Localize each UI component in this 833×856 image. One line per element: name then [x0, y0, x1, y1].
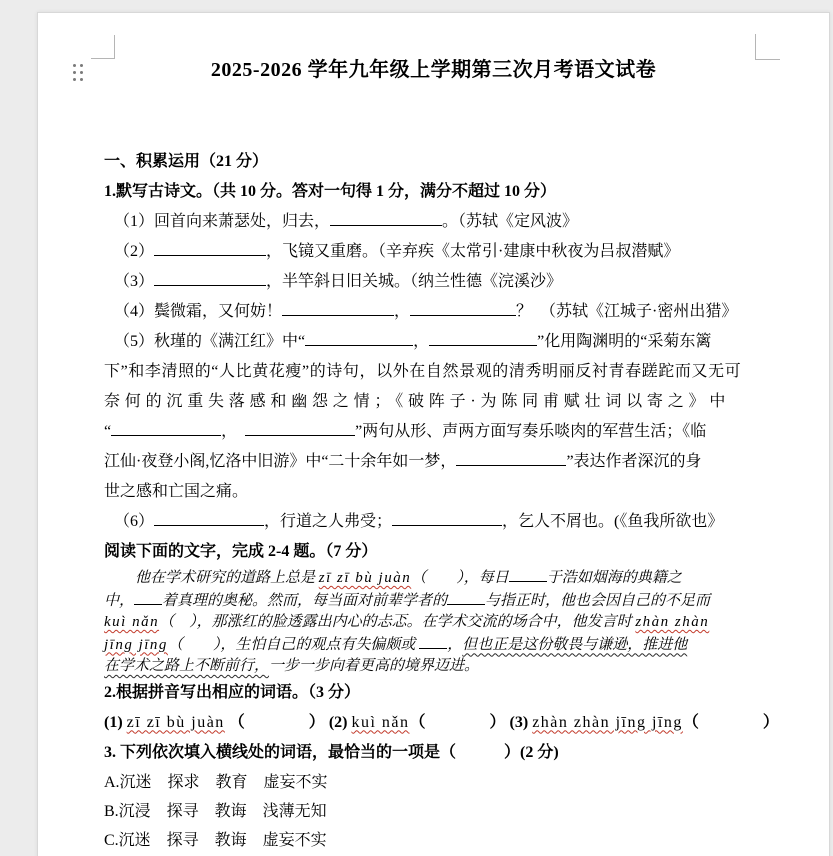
text-run: ，半竿斜日旧关城。（纳兰性德《浣溪沙》 [266, 273, 562, 290]
item-3: （3），半竿斜日旧关城。（纳兰性德《浣溪沙》 [104, 267, 764, 297]
passage-line-4: jīng jīng（ ），生怕自己的观点有失偏颇或 ，但也正是这份敬畏与谦逊，推… [104, 634, 764, 657]
text-run: 着真理的奥秘。然而，每当面对前辈学者的 [162, 593, 447, 609]
passage-line-3: kuì nǎn（ ），那涨红的脸透露出内心的忐忑。在学术交流的场合中，他发言时 … [104, 612, 764, 634]
text-run: 下”和李清照的“人比黄花瘦”的诗句，以外在自然景观的清秀明丽反衬青春蹉跎而又无可 [104, 363, 741, 380]
pinyin-run: zī zī bù juàn [127, 714, 225, 731]
page-title: 2025-2026 学年九年级上学期第三次月考语文试卷 [38, 57, 829, 83]
blank-underline [429, 331, 537, 346]
question-2-stem: 2.根据拼音写出相应的词语。（3 分） [104, 678, 764, 708]
item-5-cont-5: 世之感和亡国之痛。 [104, 477, 764, 507]
text-run: （5）秋瑾的《满江红》中“ [114, 333, 305, 350]
blank-underline [154, 271, 266, 286]
item-5: （5）秋瑾的《满江红》中“，”化用陶渊明的“采菊东篱 [104, 327, 764, 357]
text-run: C.沉迷 探寻 教诲 虚妄不实 [104, 832, 327, 849]
question-3-stem: 3. 下列依次填入横线处的词语，最恰当的一项是（ ）(2 分) [104, 738, 764, 768]
option-c: C.沉迷 探寻 教诲 虚妄不实 [104, 826, 764, 855]
text-run: 世之感和亡国之痛。 [104, 483, 248, 500]
blank-underline [330, 211, 442, 226]
blank-underline [154, 241, 266, 256]
text-run: 一、积累运用（21 分） [104, 153, 268, 170]
text-run: （1）回首向来萧瑟处，归去， [114, 213, 330, 230]
text-run: （2） [114, 243, 154, 260]
text-run: A.沉迷 探求 教育 虚妄不实 [104, 774, 328, 791]
margin-crop-mark-top-left-icon [91, 35, 115, 59]
blank-underline [456, 451, 566, 466]
pinyin-run: zhàn zhàn [635, 614, 709, 630]
blank-underline [154, 511, 264, 526]
text-run: ”表达作者深沉的身 [566, 453, 701, 470]
text-run: 他在学术研究的道路上总是 [135, 570, 319, 586]
text-run: 与指正时，他也会因自己的不足而 [485, 593, 710, 609]
text-run: 2.根据拼音写出相应的词语。（3 分） [104, 684, 360, 701]
text-run: B.沉浸 探寻 教诲 浅薄无知 [104, 803, 327, 820]
pinyin-run: kuì nǎn [104, 614, 159, 630]
pinyin-run: jīng jīng [104, 637, 168, 653]
blank-underline [447, 590, 485, 605]
text-run: ？ （苏轼《江城子·密州出猎》 [516, 303, 737, 320]
item-2: （2），飞镜又重磨。（辛弃疾《太常引·建康中秋夜为吕叔潜赋》 [104, 237, 764, 267]
wavy-emphasis-run: 在学术之路上不断前行， [104, 658, 269, 674]
section-heading: 一、积累运用（21 分） [104, 147, 764, 177]
question-2-items: (1) zī zī bù juàn （ ） (2) kuì nǎn（ ） (3)… [104, 708, 764, 738]
text-run: （ ） [683, 714, 779, 731]
text-run: 江仙·夜登小阁,忆洛中旧游》中“二十余年如一梦， [104, 453, 456, 470]
text-run: ”两句从形、声两方面写奏乐啖肉的军营生活；《临 [355, 423, 706, 440]
reading-intro: 阅读下面的文字，完成 2-4 题。（7 分） [104, 537, 764, 567]
passage-line-2: 中，着真理的奥秘。然而，每当面对前辈学者的与指正时，他也会因自己的不足而 [104, 590, 764, 613]
passage-line-5: 在学术之路上不断前行，一步一步向着更高的境界迈进。 [104, 656, 764, 678]
blank-underline [245, 421, 355, 436]
text-run: ， [394, 303, 410, 320]
text-run: （ ） [225, 714, 329, 731]
item-5-cont-4: 江仙·夜登小阁,忆洛中旧游》中“二十余年如一梦，”表达作者深沉的身 [104, 447, 764, 477]
text-run: 奈何的沉重失落感和幽怨之情；《破阵子·为陈同甫赋壮词以寄之》中 [104, 393, 730, 410]
option-a: A.沉迷 探求 教育 虚妄不实 [104, 768, 764, 797]
text-run: ，飞镜又重磨。（辛弃疾《太常引·建康中秋夜为吕叔潜赋》 [266, 243, 679, 260]
passage-line-1: 他在学术研究的道路上总是 zī zī bù juàn（ ），每日于浩如烟海的典籍… [104, 567, 764, 590]
exam-paper-page: 2025-2026 学年九年级上学期第三次月考语文试卷 一、积累运用（21 分）… [37, 12, 830, 856]
blank-underline [282, 301, 394, 316]
text-run: （3） [114, 273, 154, 290]
text-run: ，行道之人弗受； [264, 513, 392, 530]
text-run: 。（苏轼《定风波》 [442, 213, 578, 230]
question-1-stem: 1.默写古诗文。（共 10 分。答对一句得 1 分，满分不超过 10 分） [104, 177, 764, 207]
blank-underline [392, 511, 502, 526]
paragraph-drag-handle-icon[interactable] [73, 64, 83, 81]
text-run: “ [104, 423, 111, 440]
text-run: 1.默写古诗文。（共 10 分。答对一句得 1 分，满分不超过 10 分） [104, 183, 556, 200]
blank-underline [111, 421, 221, 436]
pinyin-run: kuì nǎn [351, 714, 409, 731]
text-run: ，乞人不屑也。(《鱼我所欲也》 [502, 513, 723, 530]
text-run: 阅读下面的文字，完成 2-4 题。（7 分） [104, 543, 377, 560]
item-4: （4）鬓微霜，又何妨！，？ （苏轼《江城子·密州出猎》 [104, 297, 764, 327]
document-content: 一、积累运用（21 分）1.默写古诗文。（共 10 分。答对一句得 1 分，满分… [104, 147, 764, 855]
pinyin-run: zī zī bù juàn [319, 570, 411, 586]
text-run: （ ），生怕自己的观点有失偏颇或 [168, 637, 419, 653]
text-run: （4）鬓微霜，又何妨！ [114, 303, 282, 320]
pinyin-run: zhàn zhàn jīng jīng [532, 714, 683, 731]
wavy-emphasis-run: 但也正是这份敬畏与谦逊，推进他 [462, 637, 687, 653]
text-run: ， [221, 423, 245, 440]
text-run: (1) [104, 714, 127, 731]
option-b: B.沉浸 探寻 教诲 浅薄无知 [104, 797, 764, 826]
blank-underline [305, 331, 413, 346]
text-run: 中， [104, 593, 134, 609]
blank-underline [410, 301, 516, 316]
text-run: 于浩如烟海的典籍之 [547, 570, 682, 586]
item-6: （6），行道之人弗受；，乞人不屑也。(《鱼我所欲也》 [104, 507, 764, 537]
text-run: (3) [510, 714, 533, 731]
text-run: ， [413, 333, 429, 350]
margin-crop-mark-top-right-icon [755, 34, 780, 60]
blank-underline [134, 590, 162, 605]
item-5-cont-1: 下”和李清照的“人比黄花瘦”的诗句，以外在自然景观的清秀明丽反衬青春蹉跎而又无可 [104, 357, 764, 387]
text-run: （ ），那涨红的脸透露出内心的忐忑。在学术交流的场合中，他发言时 [159, 614, 635, 630]
item-5-cont-3: “， ”两句从形、声两方面写奏乐啖肉的军营生活；《临 [104, 417, 764, 447]
text-run: （ ），每日 [411, 570, 509, 586]
text-run: 3. 下列依次填入横线处的词语，最恰当的一项是（ ）(2 分) [104, 744, 559, 761]
text-run: ， [447, 637, 462, 653]
text-run: ”化用陶渊明的“采菊东篱 [537, 333, 711, 350]
text-run: （ ） [410, 714, 510, 731]
blank-underline [509, 567, 547, 582]
text-run: 一步一步向着更高的境界迈进。 [269, 658, 479, 674]
item-5-cont-2: 奈何的沉重失落感和幽怨之情；《破阵子·为陈同甫赋壮词以寄之》中 [104, 387, 764, 417]
text-run: （6） [114, 513, 154, 530]
text-run: (2) [329, 714, 352, 731]
item-1: （1）回首向来萧瑟处，归去，。（苏轼《定风波》 [104, 207, 764, 237]
blank-underline [419, 634, 447, 649]
